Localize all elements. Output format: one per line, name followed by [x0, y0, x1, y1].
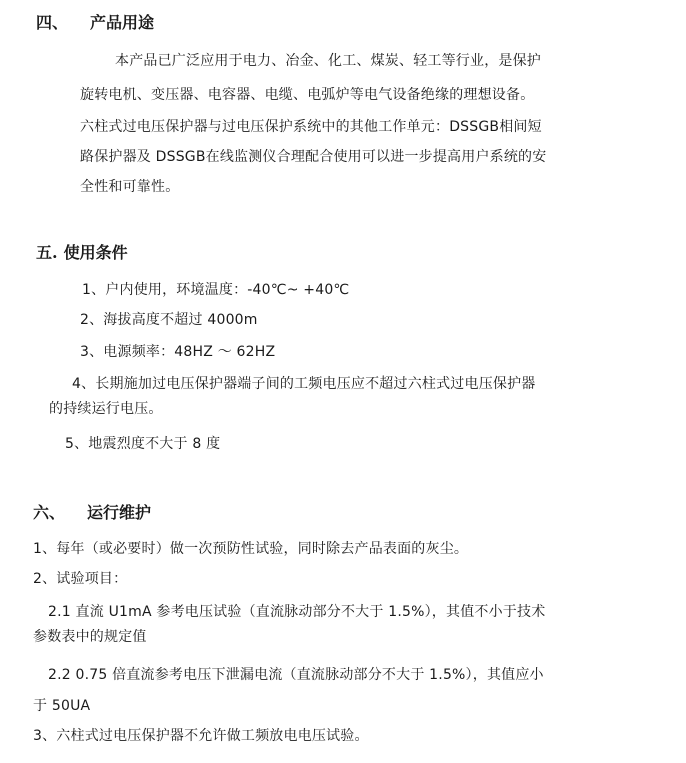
section-number: 四、 — [36, 13, 68, 33]
section-heading-product-use: 四、产品用途 — [36, 13, 154, 33]
condition-item: 2、海拔高度不超过 4000m — [80, 311, 258, 329]
paragraph-line: 旋转电机、变压器、电容器、电缆、电弧炉等电气设备绝缘的理想设备。 — [80, 86, 534, 104]
maintenance-subitem-continuation: 于 50UA — [33, 697, 90, 715]
section-heading-usage-conditions: 五.使用条件 — [36, 243, 128, 263]
section-title: 运行维护 — [87, 503, 151, 522]
condition-item: 5、地震烈度不大于 8 度 — [65, 435, 220, 453]
paragraph-line: 全性和可靠性。 — [80, 178, 179, 196]
paragraph-line: 路保护器及 DSSGB在线监测仪合理配合使用可以进一步提高用户系统的安 — [80, 148, 546, 166]
maintenance-subitem: 2.1 直流 U1mA 参考电压试验（直流脉动部分不大于 1.5%），其值不小于… — [48, 603, 545, 621]
maintenance-item: 3、六柱式过电压保护器不允许做工频放电电压试验。 — [33, 727, 369, 745]
condition-item: 1、户内使用，环境温度：-40℃~ +40℃ — [82, 281, 349, 299]
condition-item: 3、电源频率：48HZ ～ 62HZ — [80, 343, 275, 361]
paragraph-line: 本产品已广泛应用于电力、冶金、化工、煤炭、轻工等行业，是保护 — [115, 52, 541, 70]
document-page: 四、产品用途 本产品已广泛应用于电力、冶金、化工、煤炭、轻工等行业，是保护 旋转… — [0, 0, 686, 763]
condition-item: 4、长期施加过电压保护器端子间的工频电压应不超过六柱式过电压保护器 — [72, 375, 536, 393]
section-title: 产品用途 — [90, 13, 154, 32]
section-heading-maintenance: 六、运行维护 — [33, 503, 151, 523]
maintenance-subitem: 2.2 0.75 倍直流参考电压下泄漏电流（直流脉动部分不大于 1.5%），其值… — [48, 666, 544, 684]
section-number: 六、 — [33, 503, 65, 523]
section-title: 使用条件 — [64, 243, 128, 262]
condition-item-continuation: 的持续运行电压。 — [49, 400, 163, 418]
maintenance-item: 2、试验项目： — [33, 570, 127, 588]
maintenance-subitem-continuation: 参数表中的规定值 — [33, 628, 147, 646]
section-number: 五. — [36, 243, 58, 263]
maintenance-item: 1、每年（或必要时）做一次预防性试验，同时除去产品表面的灰尘。 — [33, 540, 468, 558]
paragraph-line: 六柱式过电压保护器与过电压保护系统中的其他工作单元：DSSGB相间短 — [80, 118, 542, 136]
